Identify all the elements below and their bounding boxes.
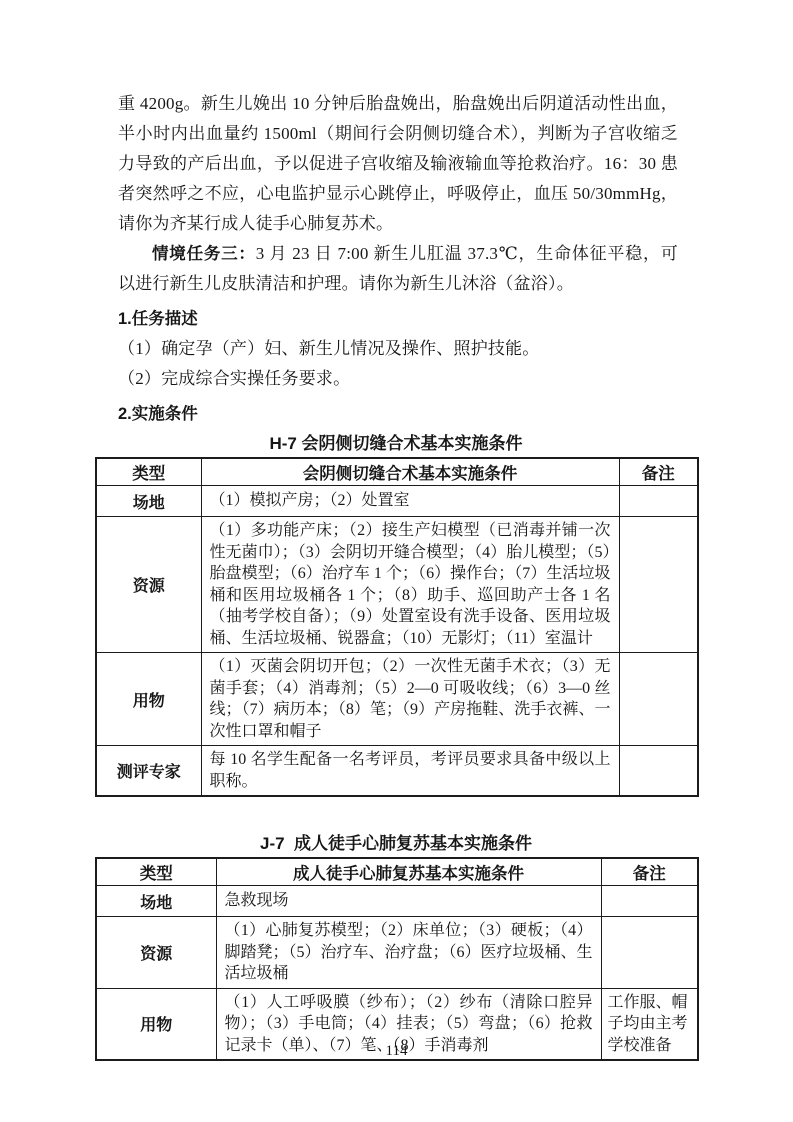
scenario-task-3-label: 情境任务三： [152,245,256,263]
paragraph-case-description: 重 4200g。新生儿娩出 10 分钟后胎盘娩出，胎盘娩出后阴道活动性出血，半小… [118,89,678,239]
row-type-cell: 场地 [96,886,216,917]
row-type-cell: 场地 [96,486,201,517]
table-row: 场地 急救现场 [96,886,698,917]
table-h7-title: H-7 会阴侧切缝合术基本实施条件 [95,433,697,454]
table-h7-header-row: 类型 会阴侧切缝合术基本实施条件 备注 [96,458,698,486]
row-content-cell: 每 10 名学生配备一名考评员，考评员要求具备中级以上职称。 [201,746,619,797]
table-j7-header-type: 类型 [96,858,216,886]
row-type-cell: 用物 [96,653,201,746]
page-number: 114 [0,1043,793,1060]
table-j7-title: J-7 成人徒手心肺复苏基本实施条件 [95,833,697,854]
table-j7-header-conditions: 成人徒手心肺复苏基本实施条件 [216,858,601,886]
page-content: 重 4200g。新生儿娩出 10 分钟后胎盘娩出，胎盘娩出后阴道活动性出血，半小… [118,89,678,1061]
row-content-cell: （1）心肺复苏模型；（2）床单位；（3）硬板；（4）脚踏凳；（5）治疗车、治疗盘… [216,917,601,989]
task-item-1: （1）确定孕（产）妇、新生儿情况及操作、照护技能。 [118,334,678,364]
row-note-cell [619,653,698,746]
row-content-cell: （1）灭菌会阴切开包；（2）一次性无菌手术衣；（3）无菌手套；（4）消毒剂；（5… [201,653,619,746]
row-type-cell: 资源 [96,517,201,653]
heading-implementation-conditions: 2.实施条件 [118,399,678,429]
table-j7-section: J-7 成人徒手心肺复苏基本实施条件 类型 成人徒手心肺复苏基本实施条件 备注 [95,833,697,1061]
table-h7-header-type: 类型 [96,458,201,486]
row-type-cell: 资源 [96,917,216,989]
row-note-cell [601,917,698,989]
paragraph-scenario-task-3: 情境任务三：3 月 23 日 7:00 新生儿肛温 37.3℃，生命体征平稳，可… [118,239,678,299]
task-item-2: （2）完成综合实操任务要求。 [118,364,678,394]
table-row: 测评专家 每 10 名学生配备一名考评员，考评员要求具备中级以上职称。 [96,746,698,797]
table-h7-section: H-7 会阴侧切缝合术基本实施条件 类型 会阴侧切缝合术基本实施条件 备注 [95,433,697,797]
row-note-cell [619,517,698,653]
document-page: 重 4200g。新生儿娩出 10 分钟后胎盘娩出，胎盘娩出后阴道活动性出血，半小… [0,0,793,1122]
table-j7-header-note: 备注 [601,858,698,886]
table-h7: 类型 会阴侧切缝合术基本实施条件 备注 场地 （1）模拟产房；（2）处置室 资源… [95,457,699,797]
table-h7-header-note: 备注 [619,458,698,486]
row-content-cell: （1）多功能产床；（2）接生产妇模型（已消毒并铺一次性无菌巾）；（3）会阴切开缝… [201,517,619,653]
heading-task-description: 1.任务描述 [118,304,678,334]
table-j7: 类型 成人徒手心肺复苏基本实施条件 备注 场地 急救现场 资源 （1）心肺复苏模… [95,857,699,1061]
row-note-cell [619,486,698,517]
table-row: 资源 （1）多功能产床；（2）接生产妇模型（已消毒并铺一次性无菌巾）；（3）会阴… [96,517,698,653]
row-type-cell: 测评专家 [96,746,201,797]
table-h7-header-conditions: 会阴侧切缝合术基本实施条件 [201,458,619,486]
table-j7-header-row: 类型 成人徒手心肺复苏基本实施条件 备注 [96,858,698,886]
table-row: 场地 （1）模拟产房；（2）处置室 [96,486,698,517]
row-content-cell: 急救现场 [216,886,601,917]
row-content-cell: （1）模拟产房；（2）处置室 [201,486,619,517]
row-note-cell [601,886,698,917]
row-note-cell [619,746,698,797]
table-row: 资源 （1）心肺复苏模型；（2）床单位；（3）硬板；（4）脚踏凳；（5）治疗车、… [96,917,698,989]
table-row: 用物 （1）灭菌会阴切开包；（2）一次性无菌手术衣；（3）无菌手套；（4）消毒剂… [96,653,698,746]
